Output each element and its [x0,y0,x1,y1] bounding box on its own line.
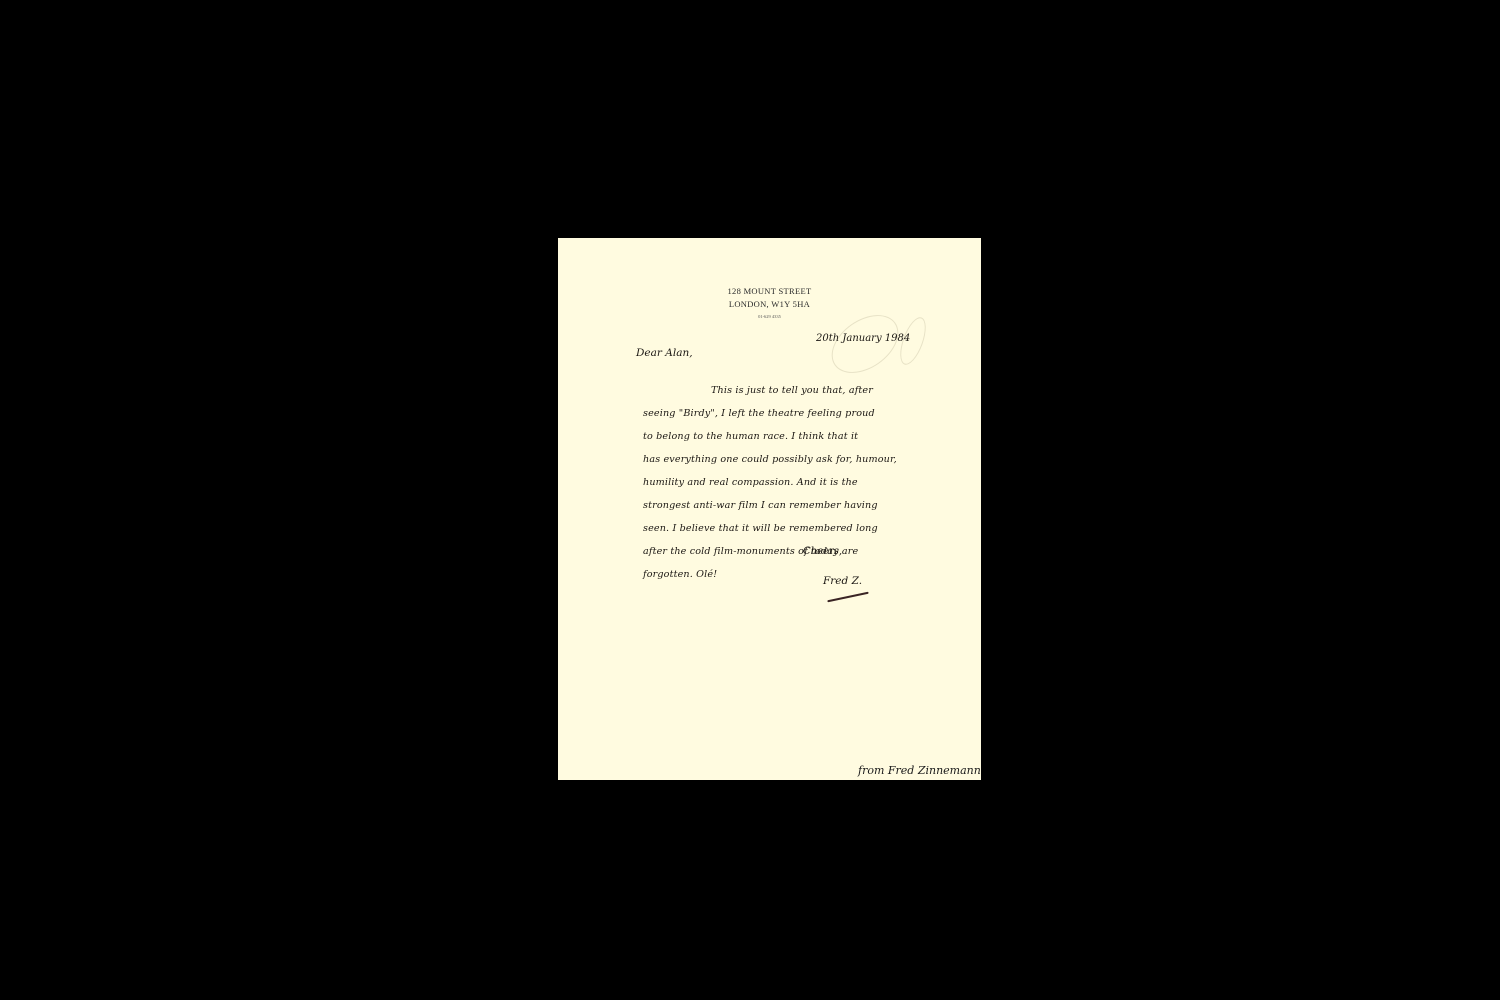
body-line: seeing "Birdy", I left the theatre feeli… [643,402,933,425]
body-line: This is just to tell you that, after [643,379,933,402]
letter-date: 20th January 1984 [816,333,910,344]
letterhead: 128 MOUNT STREET LONDON, W1Y 5HA 01-629 … [558,285,981,321]
body-line: strongest anti-war film I can remember h… [643,494,933,517]
letter-closing: Cheers, [803,546,842,557]
letter-salutation: Dear Alan, [636,347,693,359]
letter-page: 128 MOUNT STREET LONDON, W1Y 5HA 01-629 … [558,238,981,780]
body-line: has everything one could possibly ask fo… [643,448,933,471]
letter-body: This is just to tell you that, after see… [643,379,933,586]
body-line: seen. I believe that it will be remember… [643,517,933,540]
body-line: forgotten. Olé! [643,563,933,586]
viewer-stage: 128 MOUNT STREET LONDON, W1Y 5HA 01-629 … [0,0,1500,1000]
body-line: to belong to the human race. I think tha… [643,425,933,448]
letterhead-address-line1: 128 MOUNT STREET [558,285,981,298]
body-line: after the cold film-monuments of today a… [643,540,933,563]
letterhead-phone: 01-629 4335 [558,313,981,321]
body-line: humility and real compassion. And it is … [643,471,933,494]
signature-underline [827,592,868,603]
letter-signature: Fred Z. [823,575,862,587]
letterhead-address-line2: LONDON, W1Y 5HA [558,298,981,311]
attribution-annotation: from Fred Zinnemann [858,764,981,777]
